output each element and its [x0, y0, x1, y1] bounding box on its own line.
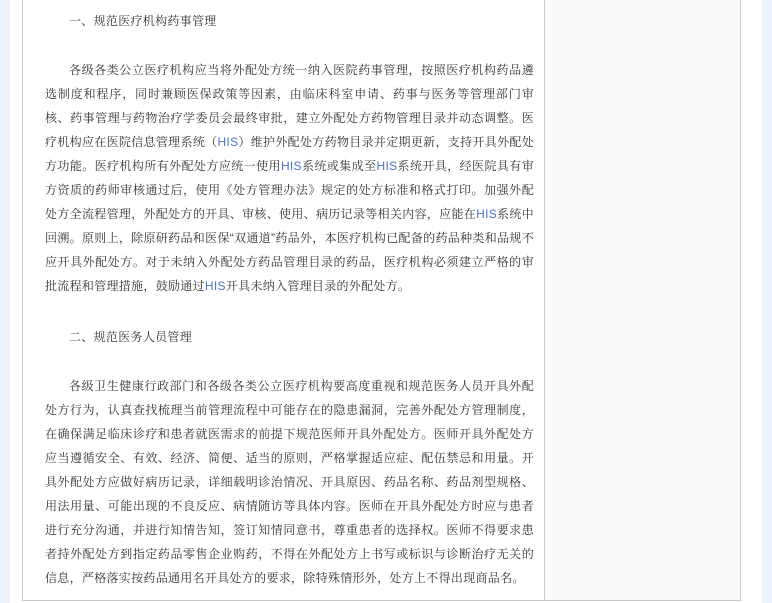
section-heading: 二、规范医务人员管理 — [45, 325, 534, 349]
paragraph: 各级卫生健康行政部门和各级各类公立医疗机构要高度重视和规范医务人员开具外配处方行… — [45, 374, 534, 590]
right-sidebar-panel — [545, 0, 740, 600]
his-system-text: HIS — [377, 159, 398, 173]
page-table: 一、规范医疗机构药事管理各级各类公立医疗机构应当将外配处方统一纳入医院药事管理，… — [22, 0, 741, 601]
paragraph-text: 各级卫生健康行政部门和各级各类公立医疗机构要高度重视和规范医务人员开具外配处方行… — [45, 379, 534, 585]
section-heading: 一、规范医疗机构药事管理 — [45, 9, 534, 33]
paragraph-text: 系统或集成至 — [302, 159, 377, 173]
document-page: 一、规范医疗机构药事管理各级各类公立医疗机构应当将外配处方统一纳入医院药事管理，… — [10, 0, 762, 603]
article-content: 一、规范医疗机构药事管理各级各类公立医疗机构应当将外配处方统一纳入医院药事管理，… — [23, 0, 545, 600]
his-system-text: HIS — [217, 135, 238, 149]
paragraph: 各级各类公立医疗机构应当将外配处方统一纳入医院药事管理，按照医疗机构药品遴选制度… — [45, 58, 534, 298]
his-system-text: HIS — [205, 279, 226, 293]
his-system-text: HIS — [281, 159, 302, 173]
paragraph-text: 开具未纳入管理目录的外配处方。 — [226, 279, 411, 293]
his-system-text: HIS — [476, 207, 497, 221]
